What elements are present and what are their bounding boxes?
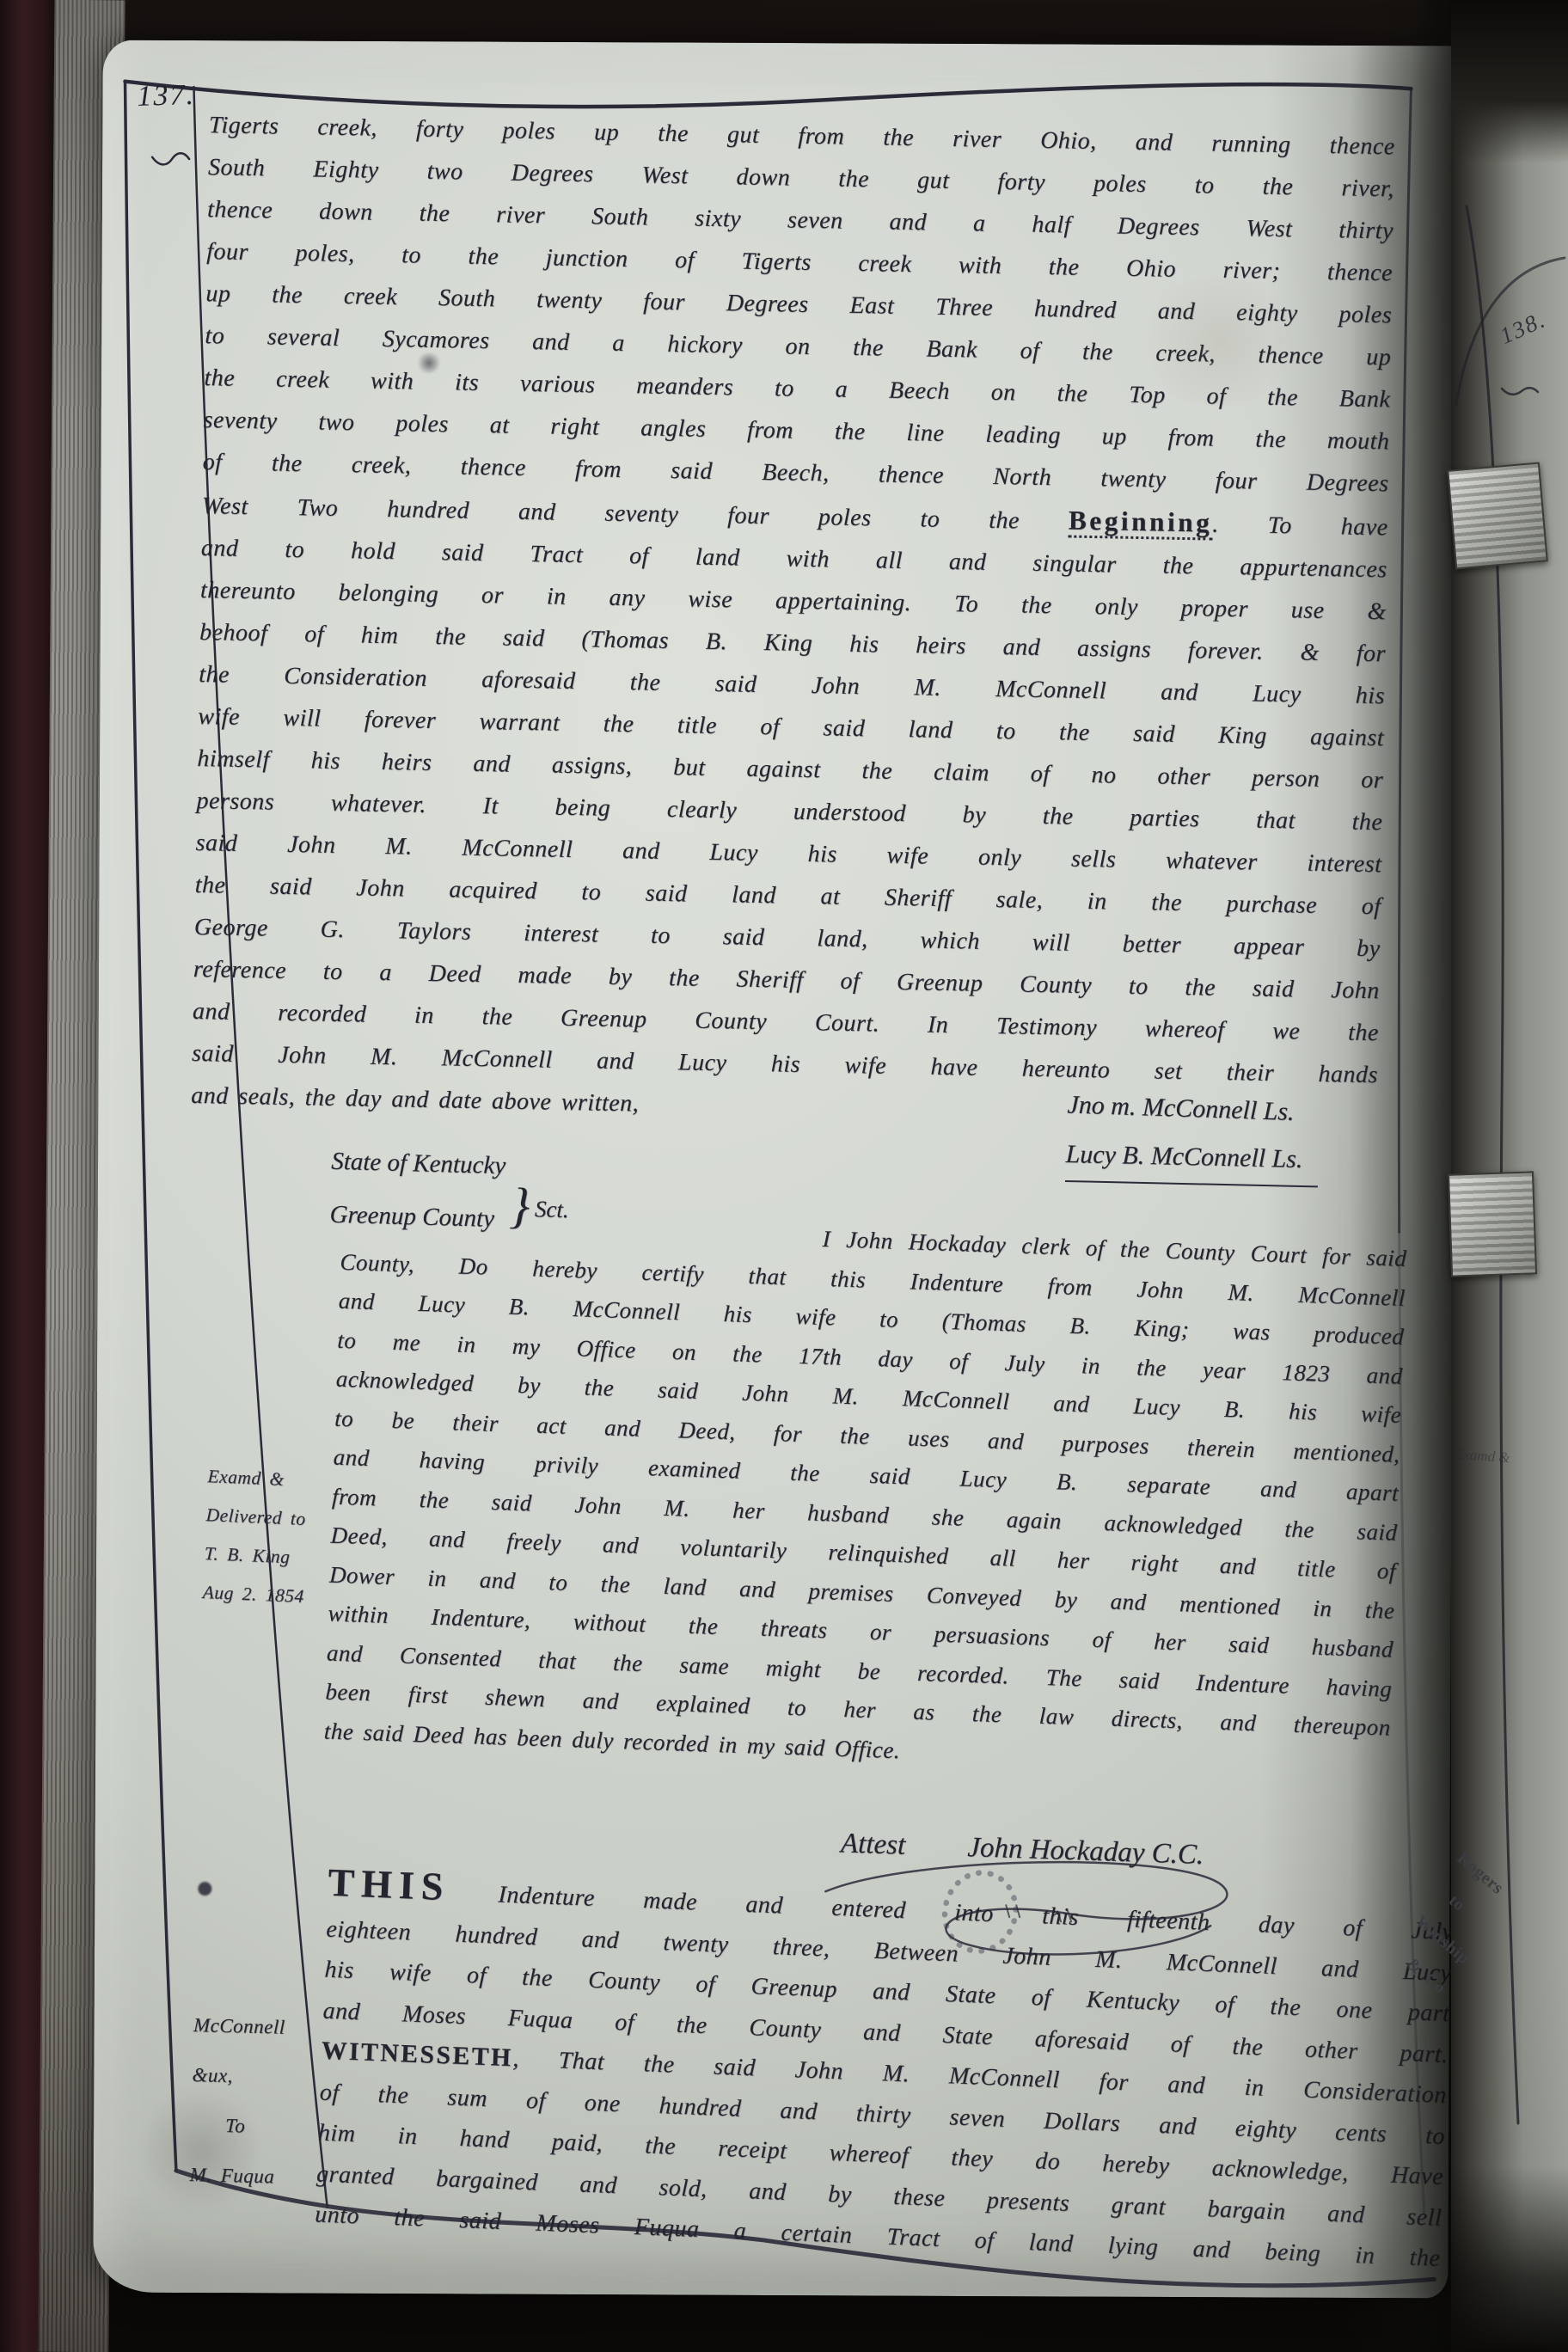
handwritten-line: M. Fuqua <box>189 2150 282 2202</box>
handwritten-line: To <box>190 2100 283 2153</box>
handwritten-line: Delivered to <box>205 1496 309 1539</box>
clerk-signature: John Hockaday C.C. <box>967 1832 1204 1871</box>
deed-book-page-137: 137. Tigerts creek, forty poles up the g… <box>93 40 1457 2299</box>
signature-lucy-mcconnell: Lucy B. McConnell Ls. <box>1065 1130 1319 1187</box>
attest-line: Attest John Hockaday C.C. <box>840 1828 1204 1871</box>
signatures: Jno m. McConnell Ls. Lucy B. McConnell L… <box>1065 1081 1320 1188</box>
metal-binding-clamp-bottom <box>1448 1171 1537 1277</box>
margin-note-parties: McConnell&ux,ToM. Fuqua <box>189 2000 286 2202</box>
signature-john-mcconnell: Jno m. McConnell Ls. <box>1067 1081 1320 1136</box>
handwritten-line: Examd & <box>207 1457 310 1500</box>
margin-note-examined: Examd &Delivered toT. B. KingAug 2. 1854 <box>202 1457 310 1616</box>
deed-body-text: Tigerts creek, forty poles up the gut fr… <box>191 104 1395 1138</box>
handwritten-line: &ux, <box>192 2050 285 2103</box>
second-indenture-text: THIS Indenture made and entered into thi… <box>314 1862 1454 2280</box>
jurisdiction-state: State of Kentucky <box>330 1135 506 1192</box>
deed-book-photo: 137. Tigerts creek, forty poles up the g… <box>0 0 1568 2352</box>
page-number: 137. <box>137 79 196 113</box>
attest-label: Attest <box>840 1828 905 1860</box>
handwritten-line: McConnell <box>193 2000 285 2053</box>
clerk-certification-text: I John Hockaday clerk of the County Cour… <box>323 1204 1407 1787</box>
ink-dot <box>198 1882 211 1896</box>
handwritten-line: Aug 2. 1854 <box>202 1573 305 1616</box>
handwritten-line: T. B. King <box>204 1534 307 1577</box>
metal-binding-clamp-top <box>1447 462 1548 570</box>
